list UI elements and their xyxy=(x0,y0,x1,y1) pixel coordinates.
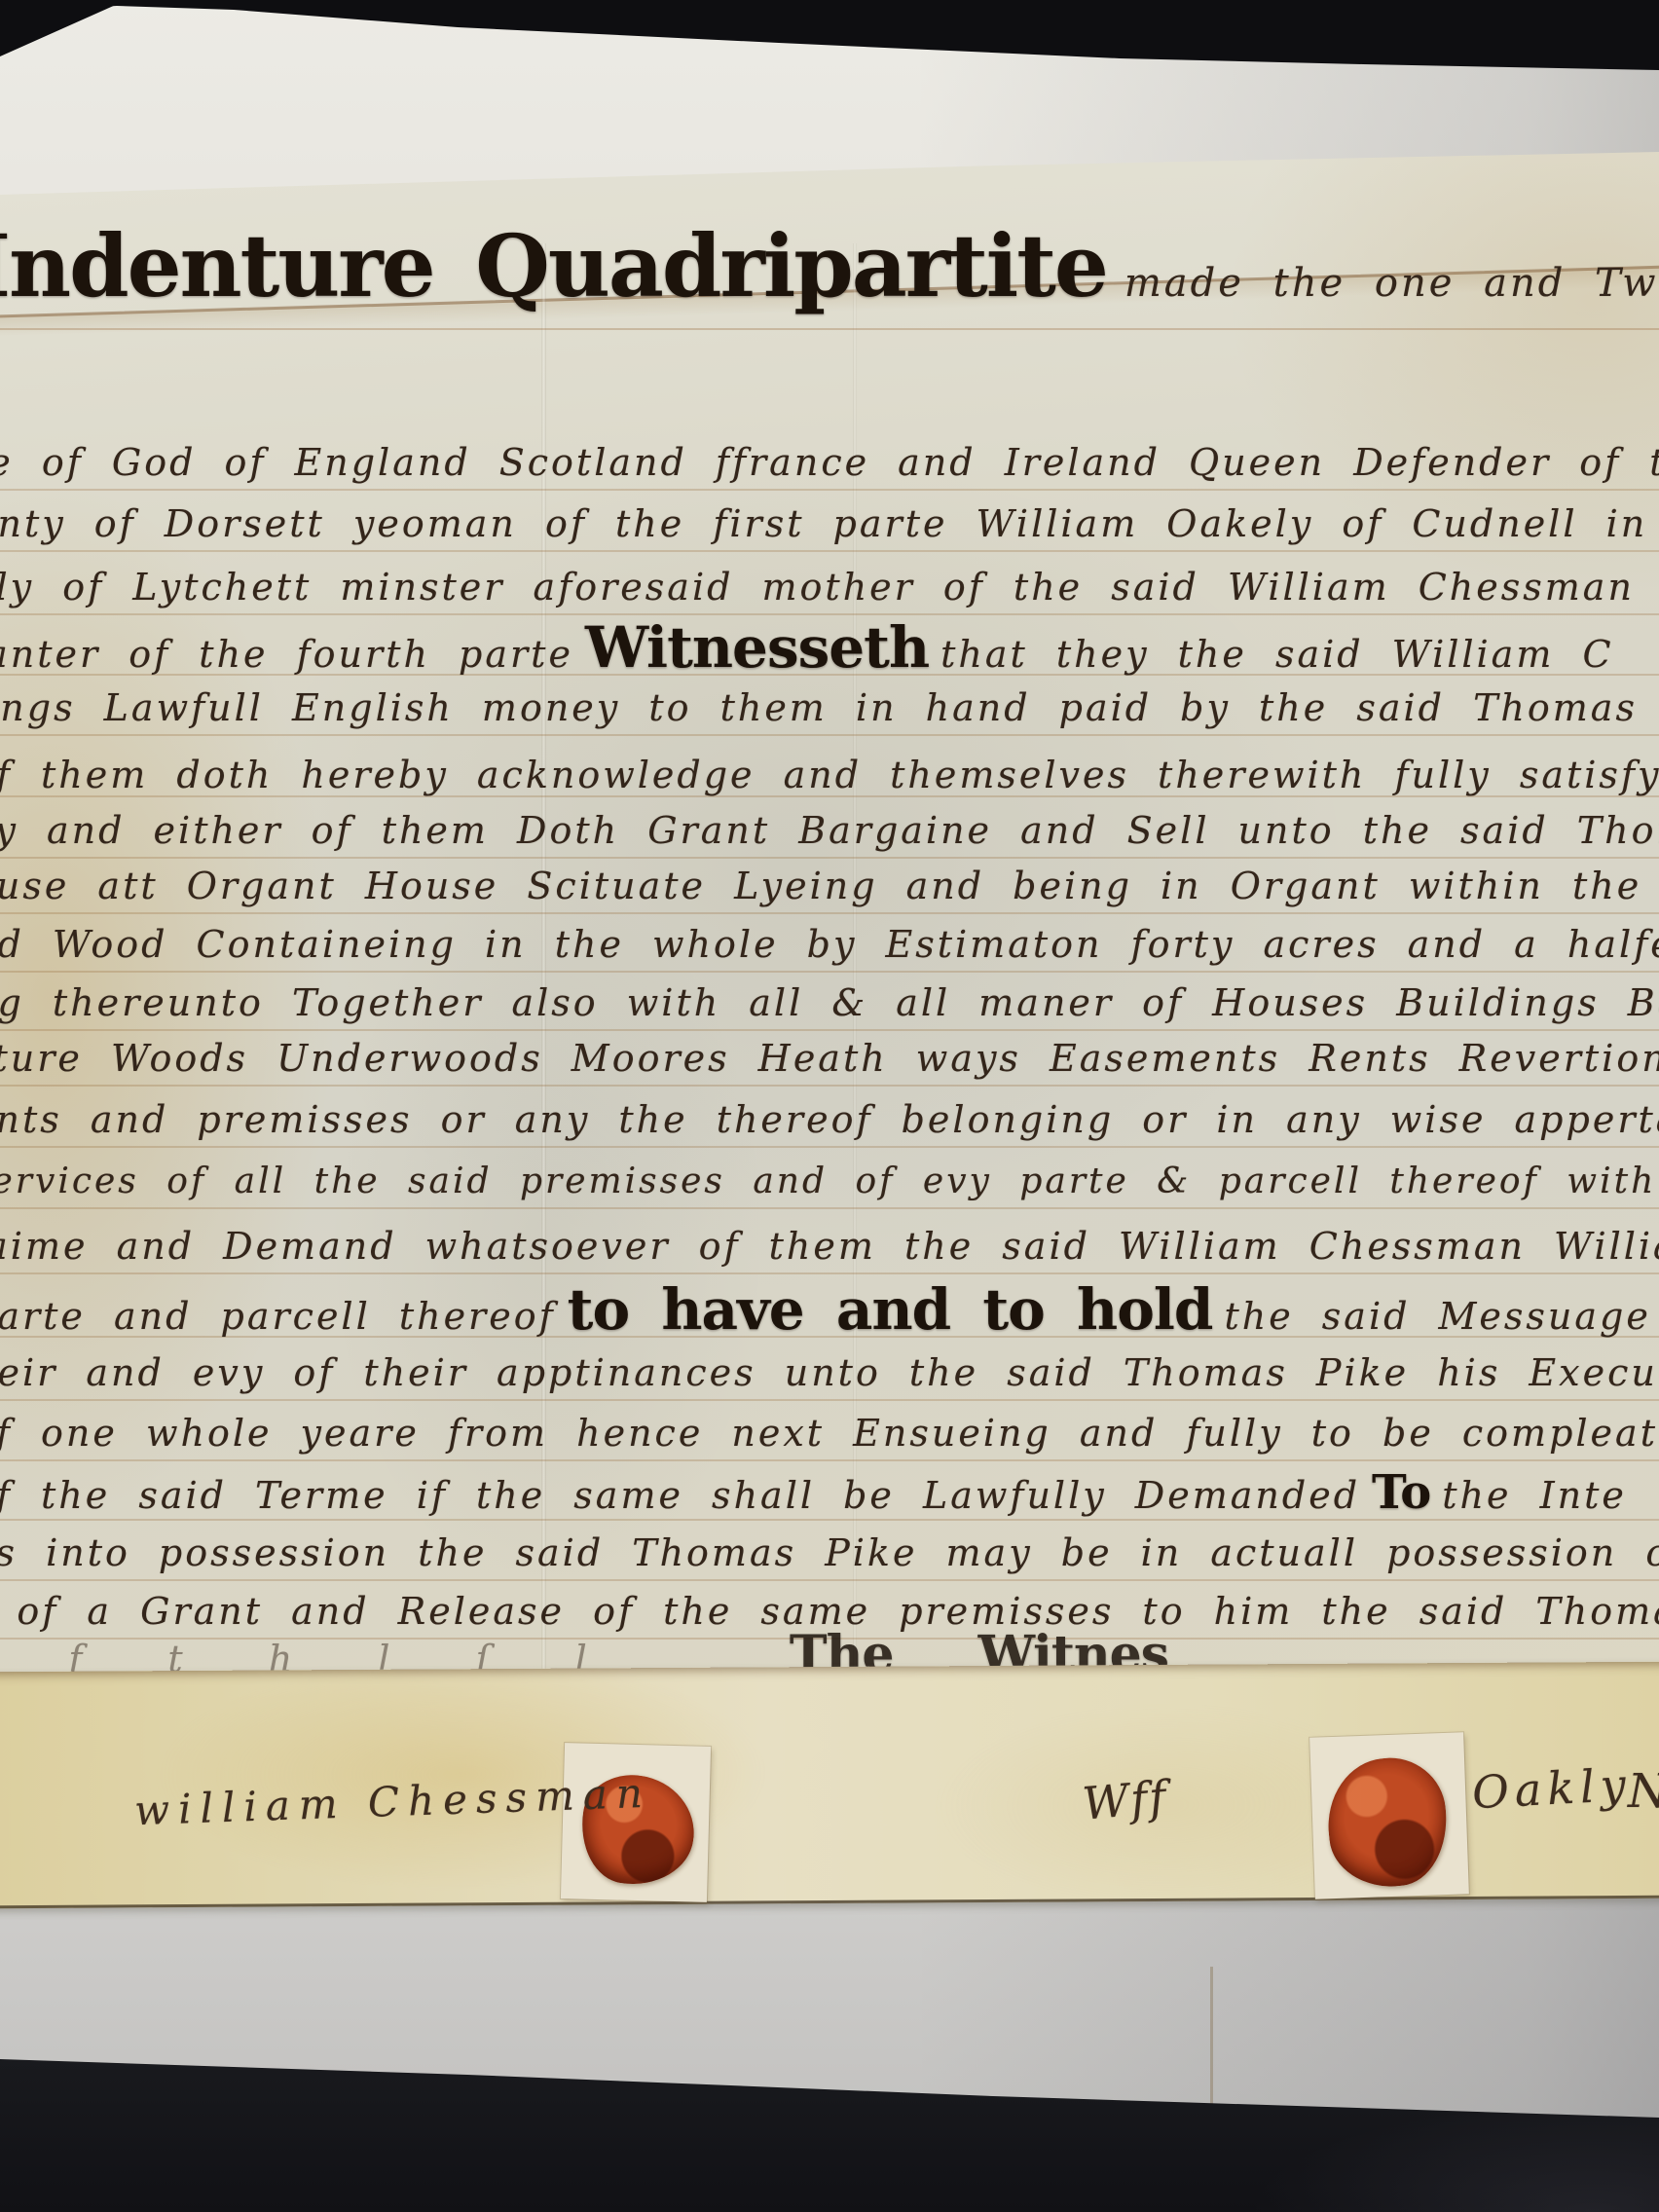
deed-text-line: laime and Demand whatsoever of them the … xyxy=(0,1222,1659,1274)
heading-blackletter: Indenture Quadripartite xyxy=(0,215,1124,316)
heading-script: made the one and Twentyeth xyxy=(1124,261,1659,306)
deed-text-line: lanter of the fourth parteWitnesseththat… xyxy=(0,623,1659,676)
signature-initials-mark: Wff xyxy=(1081,1770,1170,1829)
deed-text-line: ng thereunto Together also with all & al… xyxy=(0,978,1659,1031)
deed-heading-line: Indenture Quadripartitemade the one and … xyxy=(0,209,1659,330)
framed-deed-photo: Indenture Quadripartitemade the one and … xyxy=(0,0,1659,2212)
signature-oakly-partial: Oakly xyxy=(1471,1758,1633,1819)
deed-text-line: te of God of England Scotland ffrance an… xyxy=(0,438,1659,491)
deed-text-line: ely of Lytchett minster aforesaid mother… xyxy=(0,563,1659,615)
deed-text-line: ents and premisses or any the thereof be… xyxy=(0,1095,1659,1148)
deed-text-line: ouse att Organt House Scituate Lyeing an… xyxy=(0,862,1659,914)
deed-text-line: es into possession the said Thomas Pike … xyxy=(0,1529,1659,1581)
signature-fragment-right-edge: N xyxy=(1628,1764,1659,1819)
deed-text-line: parte and parcell thereofto have and to … xyxy=(0,1285,1659,1338)
deed-text-line: heir and evy of their apptinances unto t… xyxy=(0,1348,1659,1401)
deed-text-line: nd Wood Containeing in the whole by Esti… xyxy=(0,920,1659,973)
deed-text-line: of them doth hereby acknowledge and them… xyxy=(0,745,1659,797)
mat-crease-line xyxy=(1210,1967,1213,2122)
deed-text-line: vy and either of them Doth Grant Bargain… xyxy=(0,806,1659,859)
deed-text-line: lings Lawfull English money to them in h… xyxy=(0,683,1659,736)
deed-text-line: unty of Dorsett yeoman of the first part… xyxy=(0,499,1659,552)
deed-text-line: sture Woods Underwoods Moores Heath ways… xyxy=(0,1034,1659,1087)
deed-text-line: of one whole yeare from hence next Ensue… xyxy=(0,1409,1659,1461)
deed-text-line: of the said Terme if the same shall be L… xyxy=(0,1468,1659,1521)
deed-text-line: services of all the said premisses and o… xyxy=(0,1157,1659,1209)
